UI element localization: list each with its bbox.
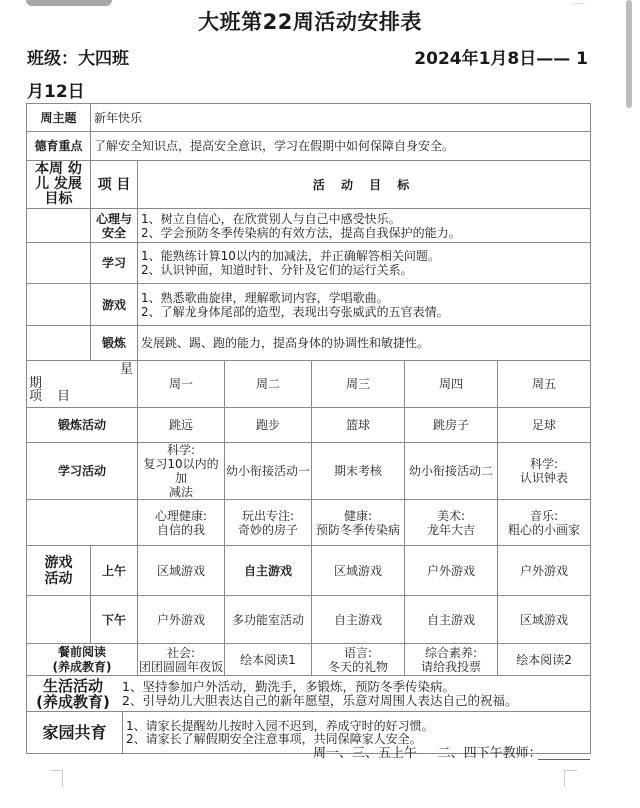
study-cell: 玩出专注: 奇妙的房子 [225,500,312,546]
goal-item-label: 锻炼 [91,326,138,361]
study-topic: 预防冬季传染病 [312,523,404,537]
reading-subject: 综合素养: [405,646,497,660]
life-label-line2: (养成教育) [27,694,119,710]
goal-line1: 1、熟悉歌曲旋律，理解歌词内容，学唱歌曲。 [141,291,590,305]
life-label: 生活活动 (养成教育) [27,678,119,710]
blank-cell [27,500,138,546]
blank-cell [27,326,91,361]
day-header-row: 星 期 项 目 周一 周二 周三 周四 周五 [27,361,591,408]
moral-label: 德育重点 [27,132,91,161]
study-topic: 自信的我 [138,523,224,537]
corner-cell: 星 期 项 目 [27,361,138,408]
goal-item-label: 学习 [91,243,138,284]
study-subject: 心理健康: [138,509,224,523]
reading-topic: 团团圆圆年夜饭 [138,660,224,674]
goal-line1: 1、树立自信心，在欣赏别人与自己中感受快乐。 [141,212,590,226]
games-cell: 户外游戏 [138,596,225,644]
games-label-line2: 活动 [27,571,90,587]
morning-label: 上午 [91,546,138,596]
study-cell: 期末考核 [312,443,405,500]
life-text: 1、坚持参加户外活动，勤洗手，多锻炼，预防冬季传染病。 2、引导幼儿大胆表达自己… [119,680,517,708]
home-line1: 1、请家长提醒幼儿按时入园不迟到，养成守时的好习惯。 [126,720,434,733]
life-row: 生活活动 (养成教育) 1、坚持参加户外活动，勤洗手，多锻炼，预防冬季传染病。 … [27,676,591,712]
games-cell: 自主游戏 [312,596,405,644]
reading-label: 餐前阅读 (养成教育) [27,644,138,676]
games-cell: 区域游戏 [138,546,225,596]
study-cell: 幼小衔接活动一 [225,443,312,500]
day-fri: 周五 [498,361,591,408]
afternoon-label: 下午 [91,596,138,644]
vertical-scrollbar[interactable] [626,0,632,108]
study-topic: 粗心的小画家 [498,523,590,537]
item-header: 项 目 [91,161,138,209]
study-cell: 幼小衔接活动二 [405,443,498,500]
goal-row: 心理与 安全 1、树立自信心，在欣赏别人与自己中感受快乐。 2、学会预防冬季传染… [27,209,591,243]
reading-subject: 社会: [138,646,224,660]
reading-cell: 社会: 团团圆圆年夜饭 [138,644,225,676]
life-line2: 2、引导幼儿大胆表达自己的新年愿望，乐意对周围人表达自己的祝福。 [122,694,517,708]
study-topic: 认识钟表 [498,471,590,485]
corner-xiang: 项 [29,390,42,404]
games-afternoon-row: 下午 户外游戏 多功能室活动 自主游戏 自主游戏 区域游戏 [27,596,591,644]
blank-cell [27,209,91,243]
exercise-cell: 跳房子 [405,408,498,443]
study-subject: 玩出专注: [225,509,311,523]
reading-label-line2: (养成教育) [27,660,137,675]
goal-text: 1、熟悉歌曲旋律，理解歌词内容，学唱歌曲。 2、了解龙身体尾部的造型，表现出夸张… [138,284,591,326]
games-label-line1: 游戏 [27,555,90,571]
goal-line2: 2、学会预防冬季传染病的有效方法，提高自我保护的能力。 [141,226,590,240]
moral-row: 德育重点 了解安全知识点，提高安全意识，学习在假期中如何保障自身安全。 [27,132,591,161]
study-subject: 美术: [405,509,497,523]
corner-mu: 目 [57,390,70,404]
games-morning-row: 游戏 活动 上午 区域游戏 自主游戏 区域游戏 户外游戏 户外游戏 [27,546,591,596]
goal-line1: 1、能熟练计算10以内的加减法，并正确解答相关问题。 [141,249,590,263]
exercise-cell: 跳远 [138,408,225,443]
reading-cell: 综合素养: 请给我投票 [405,644,498,676]
study-row: 学习活动 科学: 复习10以内的加 减法 幼小衔接活动一 期末考核 幼小衔接活动… [27,443,591,500]
study-topic: 龙年大吉 [405,523,497,537]
goal-row: 锻炼 发展跳、踢、跑的能力，提高身体的协调性和敏捷性。 [27,326,591,361]
study-subject: 科学: [138,443,224,457]
exercise-cell: 足球 [498,408,591,443]
games-cell: 多功能室活动 [225,596,312,644]
reading-topic: 冬天的礼物 [312,660,404,674]
day-tue: 周二 [225,361,312,408]
moral-value: 了解安全知识点，提高安全意识，学习在假期中如何保障自身安全。 [91,132,591,161]
blank-cell [27,284,91,326]
reading-subject: 语言: [312,646,404,660]
study-topic-cont: 减法 [138,485,224,499]
crop-mark-right [564,770,577,787]
exercise-cell: 篮球 [312,408,405,443]
games-cell: 区域游戏 [498,596,591,644]
date-range: 2024年1月8日—— 1 [414,44,588,69]
study-subject: 科学: [498,457,590,471]
study-label: 学习活动 [27,443,138,500]
exercise-row: 锻炼活动 跳远 跑步 篮球 跳房子 足球 [27,408,591,443]
crop-mark-left [50,770,63,787]
exercise-label: 锻炼活动 [27,408,138,443]
life-label-line1: 生活活动 [27,678,119,694]
day-thu: 周四 [405,361,498,408]
date-range-continued: 月12日 [27,77,85,102]
goal-item-label: 游戏 [91,284,138,326]
goals-label-line2: 儿 发展 [27,177,90,192]
study-subject: 健康: [312,509,404,523]
study-cell: 音乐: 粗心的小画家 [498,500,591,546]
games-cell: 自主游戏 [405,596,498,644]
goal-item-line1: 心理与 [91,212,137,226]
teacher-signature-line [538,759,590,760]
home-label: 家园共育 [27,712,123,753]
theme-label: 周主题 [27,104,91,132]
goal-text: 1、树立自信心，在欣赏别人与自己中感受快乐。 2、学会预防冬季传染病的有效方法，… [138,209,591,243]
study-row-2: 心理健康: 自信的我 玩出专注: 奇妙的房子 健康: 预防冬季传染病 美术: 龙… [27,500,591,546]
target-header: 活 动 目 标 [138,161,591,209]
life-cell: 生活活动 (养成教育) 1、坚持参加户外活动，勤洗手，多锻炼，预防冬季传染病。 … [27,676,591,712]
blank-cell [27,243,91,284]
study-cell: 科学: 认识钟表 [498,443,591,500]
day-wed: 周三 [312,361,405,408]
document-title: 大班第22周活动安排表 [0,6,620,36]
games-cell: 户外游戏 [498,546,591,596]
study-topic: 奇妙的房子 [225,523,311,537]
games-cell: 区域游戏 [312,546,405,596]
study-cell: 美术: 龙年大吉 [405,500,498,546]
goal-item-line2: 安全 [91,226,137,240]
goal-row: 学习 1、能熟练计算10以内的加减法，并正确解答相关问题。 2、认识钟面，知道时… [27,243,591,284]
life-line1: 1、坚持参加户外活动，勤洗手，多锻炼，预防冬季传染病。 [122,680,517,694]
theme-value: 新年快乐 [91,104,591,132]
goal-text: 发展跳、踢、跑的能力，提高身体的协调性和敏捷性。 [138,326,591,361]
study-topic: 复习10以内的加 [138,457,224,485]
page-corner-mark [573,0,585,4]
exercise-cell: 跑步 [225,408,312,443]
goals-label-line3: 目标 [27,192,90,207]
class-label: 班级：大四班 [27,44,129,69]
games-cell: 自主游戏 [225,546,312,596]
goals-header-row: 本周 幼 儿 发展 目标 项 目 活 动 目 标 [27,161,591,209]
study-subject: 音乐: [498,509,590,523]
study-cell: 健康: 预防冬季传染病 [312,500,405,546]
reading-cell: 绘本阅读1 [225,644,312,676]
goal-line2: 2、了解龙身体尾部的造型，表现出夸张威武的五官表情。 [141,305,590,319]
games-label: 游戏 活动 [27,546,91,596]
footer-note: 周一、三、五上午 二、四下午教师： [313,742,542,761]
corner-star: 星 [120,363,133,377]
goals-label-line1: 本周 幼 [27,162,90,177]
goal-item-label: 心理与 安全 [91,209,138,243]
games-cell: 户外游戏 [405,546,498,596]
theme-row: 周主题 新年快乐 [27,104,591,132]
reading-label-line1: 餐前阅读 [27,645,137,660]
goal-text: 1、能熟练计算10以内的加减法，并正确解答相关问题。 2、认识钟面，知道时针、分… [138,243,591,284]
reading-topic: 请给我投票 [405,660,497,674]
goal-line2: 2、认识钟面，知道时针、分针及它们的运行关系。 [141,263,590,277]
reading-row: 餐前阅读 (养成教育) 社会: 团团圆圆年夜饭 绘本阅读1 语言: 冬天的礼物 … [27,644,591,676]
study-cell: 科学: 复习10以内的加 减法 [138,443,225,500]
goals-section-label: 本周 幼 儿 发展 目标 [27,161,91,209]
day-mon: 周一 [138,361,225,408]
reading-cell: 绘本阅读2 [498,644,591,676]
activity-schedule-table: 周主题 新年快乐 德育重点 了解安全知识点，提高安全意识，学习在假期中如何保障自… [26,103,591,754]
goal-row: 游戏 1、熟悉歌曲旋律，理解歌词内容，学唱歌曲。 2、了解龙身体尾部的造型，表现… [27,284,591,326]
blank-cell [27,596,91,644]
study-cell: 心理健康: 自信的我 [138,500,225,546]
reading-cell: 语言: 冬天的礼物 [312,644,405,676]
